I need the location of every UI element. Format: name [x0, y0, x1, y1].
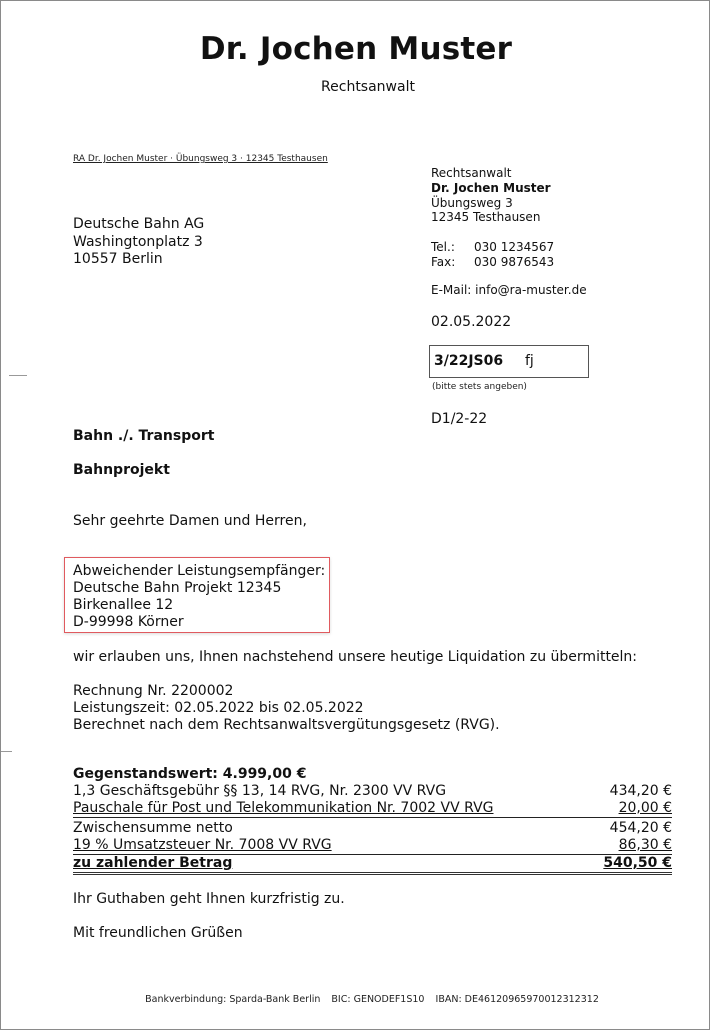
total-label: zu zahlender Betrag	[73, 855, 232, 872]
letter-date: 02.05.2022	[431, 314, 511, 330]
bank-iban: IBAN: DE46120965970012312312	[436, 994, 599, 1005]
letter-page: Dr. Jochen Muster Rechtsanwalt RA Dr. Jo…	[0, 0, 710, 1030]
bank-footer: Bankverbindung: Sparda-Bank Berlin BIC: …	[1, 994, 710, 1005]
alternate-recipient-city: D-99998 Körner	[73, 614, 325, 631]
alternate-recipient-label: Abweichender Leistungsempfänger:	[73, 563, 325, 580]
recipient-line: Washingtonplatz 3	[73, 234, 204, 252]
sender-block: Rechtsanwalt Dr. Jochen Muster Übungsweg…	[431, 166, 551, 225]
recipient-address: Deutsche Bahn AG Washingtonplatz 3 10557…	[73, 216, 204, 269]
intro-text: wir erlauben uns, Ihnen nachstehend unse…	[73, 649, 637, 665]
sender-title: Rechtsanwalt	[431, 166, 551, 181]
total-row: zu zahlender Betrag 540,50 €	[73, 855, 672, 875]
invoice-info: Rechnung Nr. 2200002 Leistungszeit: 02.0…	[73, 683, 500, 734]
fax-value: 030 9876543	[474, 255, 554, 269]
sender-city: 12345 Testhausen	[431, 210, 551, 225]
fee-row: 1,3 Geschäftsgebühr §§ 13, 14 RVG, Nr. 2…	[73, 783, 672, 800]
fold-mark	[9, 375, 27, 376]
subject-line: Bahn ./. Transport	[73, 428, 214, 444]
fee-label: Pauschale für Post und Telekommunikation…	[73, 800, 494, 817]
sender-name: Dr. Jochen Muster	[431, 181, 551, 196]
letterhead-name: Dr. Jochen Muster	[1, 31, 710, 67]
reference-note: (bitte stets angeben)	[432, 382, 527, 392]
fee-label: Zwischensumme netto	[73, 820, 233, 837]
reference-code: 3/22JS06	[434, 353, 503, 369]
recipient-line: Deutsche Bahn AG	[73, 216, 204, 234]
subject-value-label: Gegenstandswert: 4.999,00 €	[73, 766, 306, 783]
letterhead-profession: Rechtsanwalt	[1, 79, 710, 95]
alternate-recipient: Abweichender Leistungsempfänger: Deutsch…	[73, 563, 325, 631]
recipient-line: 10557 Berlin	[73, 251, 204, 269]
email-row: E-Mail: info@ra-muster.de	[431, 283, 587, 297]
fee-row: Zwischensumme netto 454,20 €	[73, 820, 672, 837]
invoice-basis: Berechnet nach dem Rechtsanwaltsvergütun…	[73, 717, 500, 734]
invoice-number: Rechnung Nr. 2200002	[73, 683, 500, 700]
document-reference: D1/2-22	[431, 411, 487, 427]
fee-row: 19 % Umsatzsteuer Nr. 7008 VV RVG 86,30 …	[73, 837, 672, 855]
subject-project: Bahnprojekt	[73, 462, 170, 478]
fee-amount: 20,00 €	[619, 800, 672, 817]
total-amount: 540,50 €	[603, 855, 672, 872]
fee-table: Gegenstandswert: 4.999,00 € 1,3 Geschäft…	[73, 766, 672, 875]
fax-row: Fax:030 9876543	[431, 255, 554, 270]
subject-value: Gegenstandswert: 4.999,00 €	[73, 766, 672, 783]
sender-street: Übungsweg 3	[431, 196, 551, 211]
fee-label: 1,3 Geschäftsgebühr §§ 13, 14 RVG, Nr. 2…	[73, 783, 446, 800]
alternate-recipient-name: Deutsche Bahn Projekt 12345	[73, 580, 325, 597]
invoice-period: Leistungszeit: 02.05.2022 bis 02.05.2022	[73, 700, 500, 717]
email-value: info@ra-muster.de	[475, 283, 586, 297]
fee-amount: 454,20 €	[610, 820, 672, 837]
phone-label: Tel.:	[431, 240, 474, 255]
email-label: E-Mail:	[431, 283, 471, 297]
fee-row: Pauschale für Post und Telekommunikation…	[73, 800, 672, 818]
phone-value: 030 1234567	[474, 240, 554, 254]
fee-amount: 86,30 €	[619, 837, 672, 854]
closing-text: Ihr Guthaben geht Ihnen kurzfristig zu.	[73, 891, 345, 907]
fee-label: 19 % Umsatzsteuer Nr. 7008 VV RVG	[73, 837, 332, 854]
salutation: Sehr geehrte Damen und Herren,	[73, 513, 307, 529]
phone-row: Tel.:030 1234567	[431, 240, 554, 255]
reference-initials: fj	[525, 353, 534, 369]
contact-block: Tel.:030 1234567 Fax:030 9876543	[431, 240, 554, 270]
alternate-recipient-street: Birkenallee 12	[73, 597, 325, 614]
sender-return-line: RA Dr. Jochen Muster · Übungsweg 3 · 123…	[73, 154, 328, 164]
fax-label: Fax:	[431, 255, 474, 270]
bank-bic: BIC: GENODEF1S10	[331, 994, 424, 1005]
closing-greeting: Mit freundlichen Grüßen	[73, 925, 243, 941]
fee-amount: 434,20 €	[610, 783, 672, 800]
reference-box: 3/22JS06 fj	[429, 345, 589, 378]
punch-mark	[1, 751, 12, 752]
bank-name: Bankverbindung: Sparda-Bank Berlin	[145, 994, 320, 1005]
